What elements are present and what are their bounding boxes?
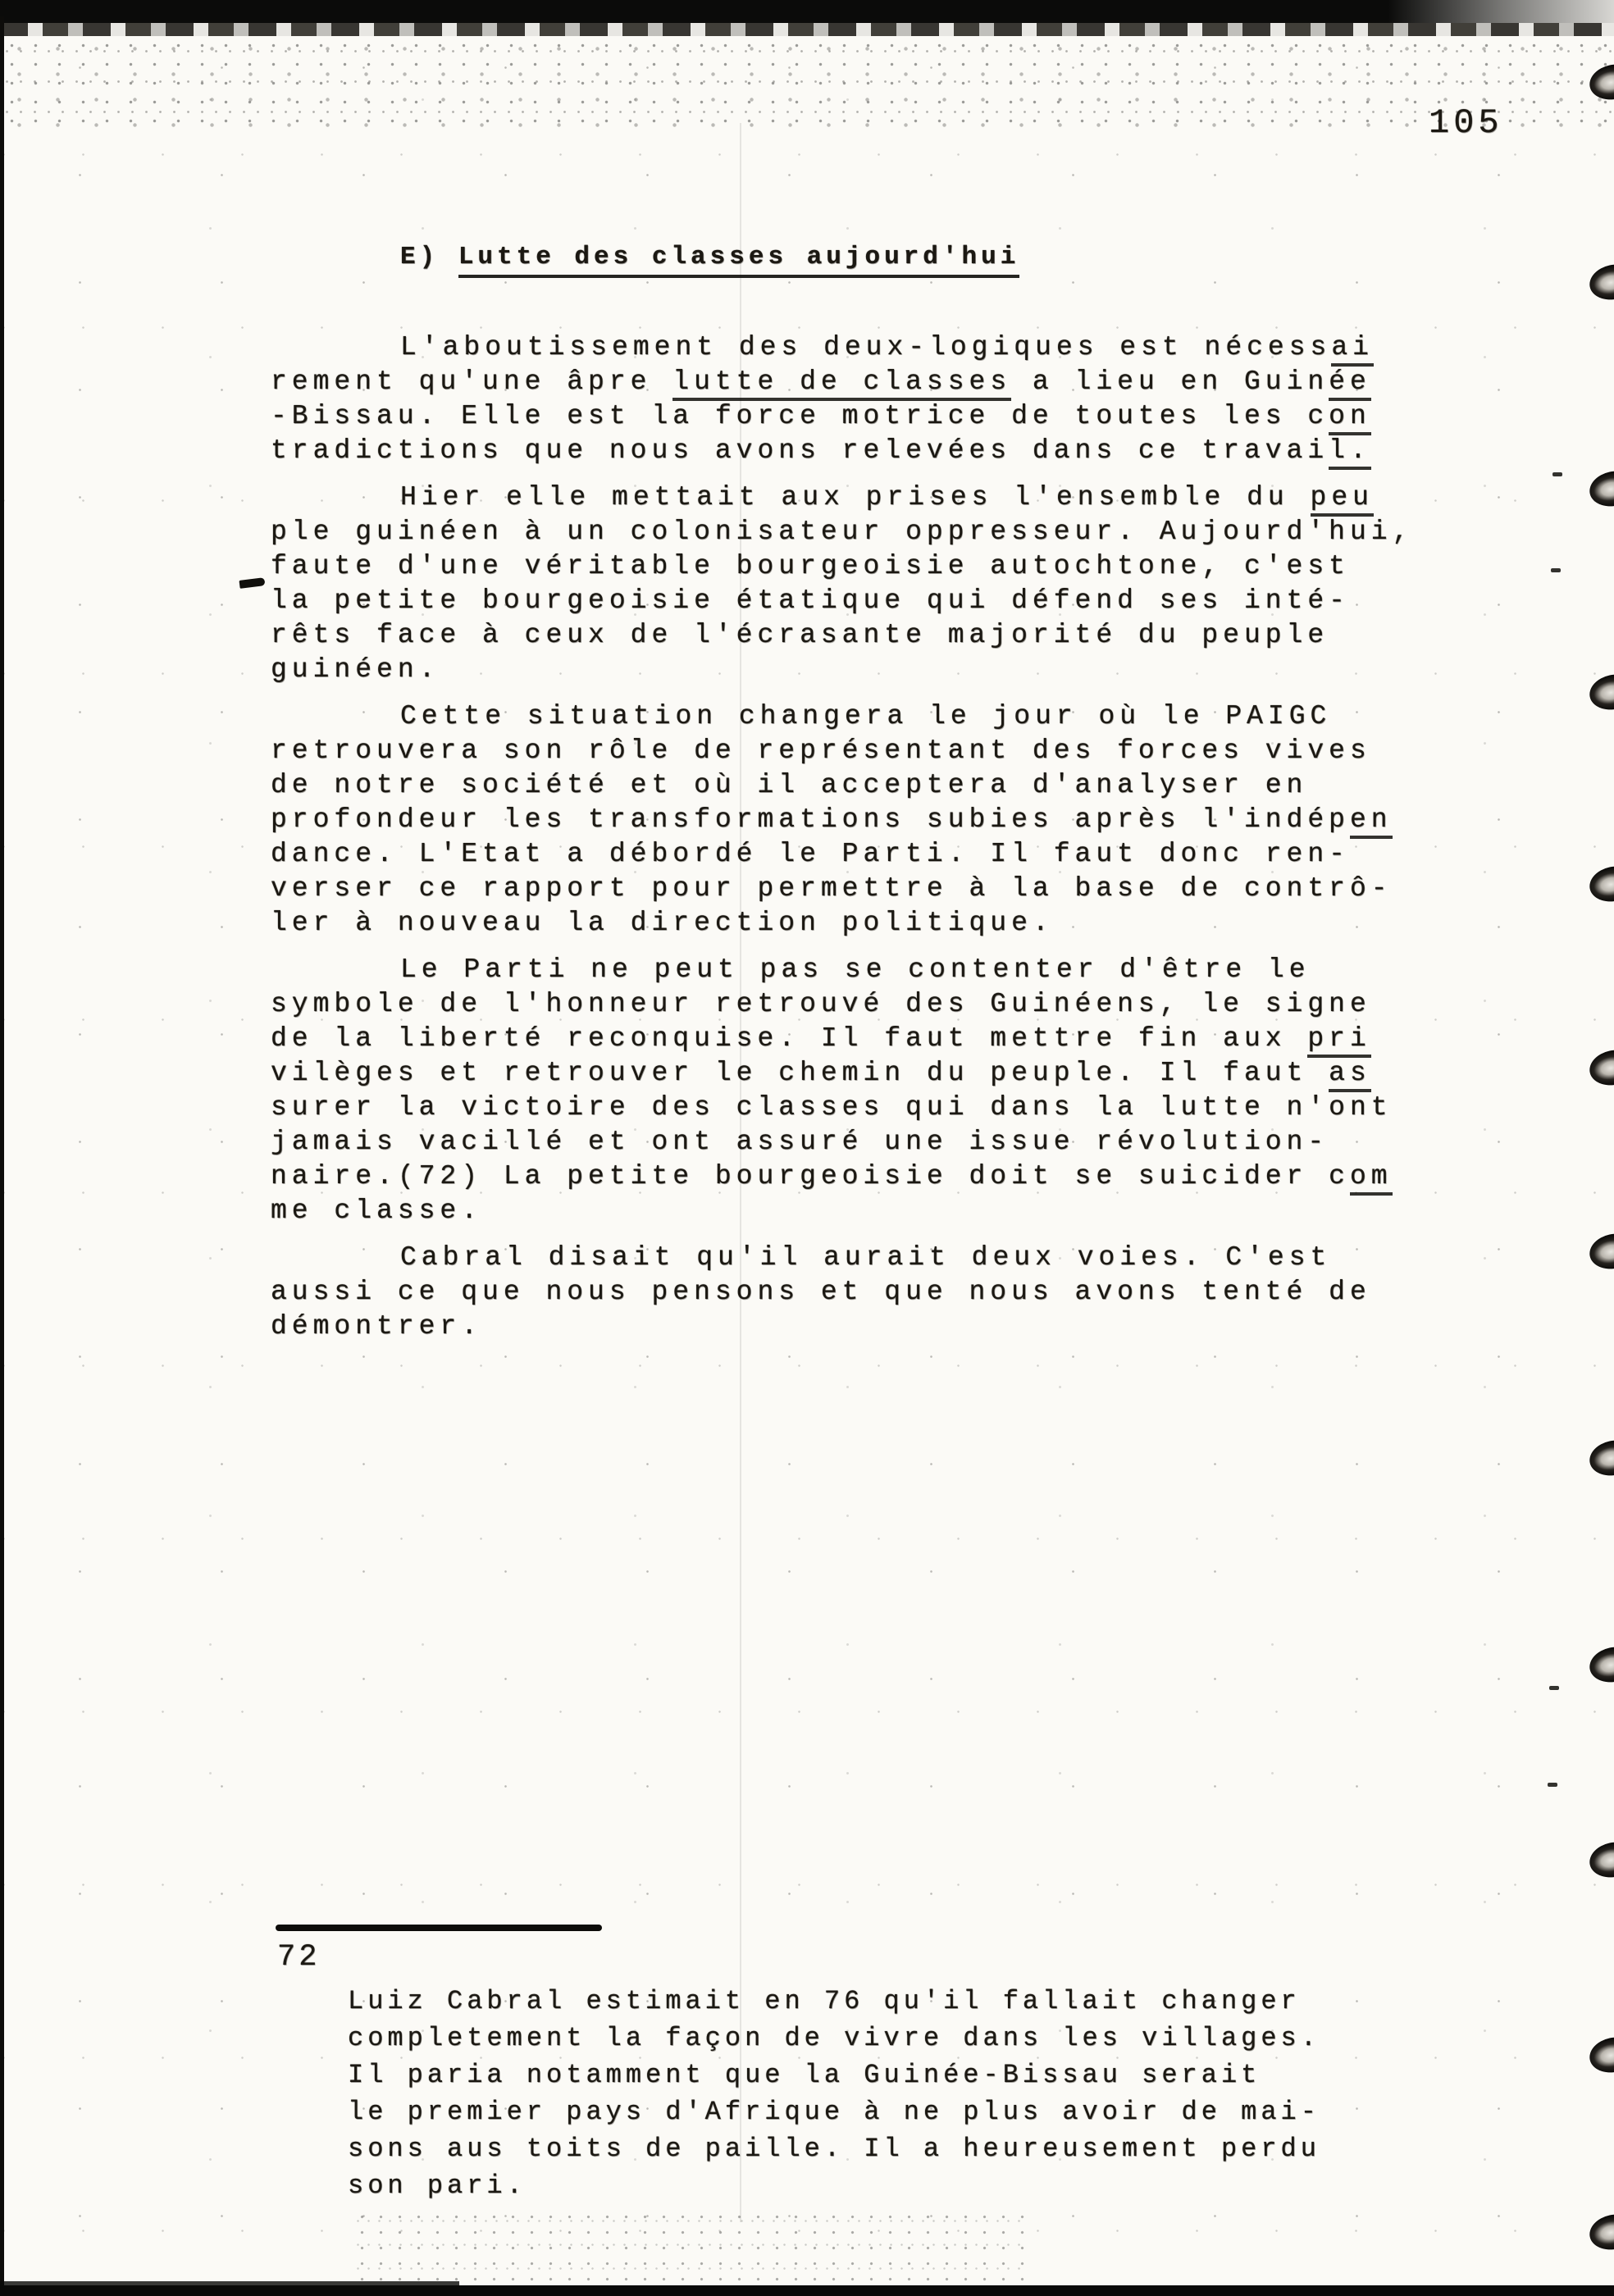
text-line: symbole de l'honneur retrouvé des Guinée… [271, 987, 1468, 1022]
body-text: L'aboutissement des deux-logiques est né… [271, 330, 1468, 1356]
underlined-text: lutte de classes [672, 367, 1011, 401]
text-segment: ple guinéen à un colonisateur oppresseur… [271, 517, 1413, 547]
text-segment: surer la victoire des classes qui dans l… [271, 1092, 1393, 1123]
text-segment: retrouvera son rôle de représentant des … [271, 736, 1371, 766]
underlined-text: en [1350, 804, 1393, 839]
text-segment: dance. L'Etat a débordé le Parti. Il fau… [271, 839, 1350, 869]
footnote-line: son pari. [348, 2167, 1447, 2204]
text-segment: Cette situation changera le jour où le P… [400, 701, 1331, 731]
underlined-text: ai [1331, 332, 1374, 367]
bottom-noise [353, 2209, 1025, 2285]
scan-edge-top [0, 0, 1614, 23]
punch-hole-mark [1586, 1229, 1614, 1273]
text-line: retrouvera son rôle de représentant des … [271, 734, 1468, 768]
text-line: dance. L'Etat a débordé le Parti. Il fau… [271, 837, 1468, 872]
punch-hole-mark [1586, 1838, 1614, 1881]
paragraph: Cabral disait qu'il aurait deux voies. C… [271, 1241, 1468, 1344]
text-segment: tradictions que nous avons relevées dans… [271, 435, 1329, 466]
text-segment: démontrer. [271, 1311, 482, 1342]
punch-hole-mark [1586, 467, 1614, 510]
text-line: la petite bourgeoisie étatique qui défen… [271, 584, 1468, 618]
footnote-line: Il paria notamment que la Guinée-Bissau … [348, 2057, 1447, 2093]
text-segment: Cabral disait qu'il aurait deux voies. C… [400, 1242, 1331, 1273]
punch-hole-mark [1586, 1045, 1614, 1089]
margin-pen-mark [239, 577, 266, 589]
text-segment: ler à nouveau la direction politique. [271, 908, 1054, 938]
text-segment: naire.(72) La petite bourgeoisie doit se… [271, 1161, 1350, 1191]
text-segment: -Bissau. Elle est la force motrice de to… [271, 401, 1329, 431]
text-line: de notre société et où il acceptera d'an… [271, 768, 1468, 803]
heading-title: Lutte des classes aujourd'hui [458, 243, 1020, 278]
text-segment: a lieu en Guin [1011, 367, 1329, 397]
underlined-text: on [1329, 401, 1371, 435]
text-segment: vilèges et retrouver le chemin du peuple… [271, 1058, 1329, 1088]
punch-hole-mark [1586, 60, 1614, 103]
text-segment: rement qu'une âpre [271, 367, 672, 397]
footnote-line: completement la façon de vivre dans les … [348, 2020, 1447, 2057]
text-segment: symbole de l'honneur retrouvé des Guinée… [271, 989, 1371, 1019]
text-segment: profondeur les transformations subies ap… [271, 804, 1350, 835]
text-line: démontrer. [271, 1310, 1468, 1344]
text-line: jamais vacillé et ont assuré une issue r… [271, 1125, 1468, 1159]
underlined-text: ée [1329, 367, 1371, 401]
text-segment: L'aboutissement des deux-logiques est né… [400, 332, 1331, 362]
underlined-text: peu [1311, 482, 1374, 517]
punch-hole-mark [1586, 862, 1614, 905]
text-line: -Bissau. Elle est la force motrice de to… [271, 399, 1468, 434]
text-line: profondeur les transformations subies ap… [271, 803, 1468, 837]
heading-prefix: E) [400, 243, 458, 271]
underlined-text: as [1329, 1058, 1371, 1092]
paragraph: Le Parti ne peut pas se contenter d'être… [271, 953, 1468, 1228]
punch-hole-mark [1586, 670, 1614, 713]
text-line: Le Parti ne peut pas se contenter d'être… [271, 953, 1468, 987]
punch-hole-mark [1586, 1642, 1614, 1686]
margin-speck [1551, 568, 1561, 572]
underlined-text: l. [1329, 435, 1371, 470]
text-segment: me classe. [271, 1196, 482, 1226]
text-line: rement qu'une âpre lutte de classes a li… [271, 365, 1468, 399]
text-line: Cette situation changera le jour où le P… [271, 699, 1468, 734]
text-line: Hier elle mettait aux prises l'ensemble … [271, 481, 1468, 515]
text-line: me classe. [271, 1194, 1468, 1228]
footnote-line: sons aus toits de paille. Il a heureusem… [348, 2130, 1447, 2167]
text-segment: la petite bourgeoisie étatique qui défen… [271, 585, 1350, 616]
text-segment: rêts face à ceux de l'écrasante majorité… [271, 620, 1329, 650]
punch-hole-mark [1586, 2210, 1614, 2253]
margin-speck [1548, 1783, 1557, 1787]
underlined-text: om [1350, 1161, 1393, 1196]
text-line: Cabral disait qu'il aurait deux voies. C… [271, 1241, 1468, 1275]
footnote-text: Luiz Cabral estimait en 76 qu'il fallait… [348, 1983, 1447, 2204]
margin-speck [1549, 1686, 1559, 1690]
footnote-number: 72 [277, 1940, 320, 1975]
bottom-scan-step [0, 2281, 459, 2285]
footnote-line: le premier pays d'Afrique à ne plus avoi… [348, 2093, 1447, 2130]
footnote-line: Luiz Cabral estimait en 76 qu'il fallait… [348, 1983, 1447, 2020]
scan-edge-top-ragged [0, 23, 1614, 36]
text-segment: jamais vacillé et ont assuré une issue r… [271, 1127, 1329, 1157]
text-line: rêts face à ceux de l'écrasante majorité… [271, 618, 1468, 653]
text-line: tradictions que nous avons relevées dans… [271, 434, 1468, 468]
text-line: de la liberté reconquise. Il faut mettre… [271, 1022, 1468, 1056]
footnote-separator [276, 1925, 602, 1931]
text-line: guinéen. [271, 653, 1468, 687]
punch-hole-mark [1586, 1436, 1614, 1479]
punch-hole-mark [1586, 2033, 1614, 2076]
left-scan-edge [0, 16, 4, 2296]
text-line: surer la victoire des classes qui dans l… [271, 1091, 1468, 1125]
text-segment: de notre société et où il acceptera d'an… [271, 770, 1307, 800]
text-line: vilèges et retrouver le chemin du peuple… [271, 1056, 1468, 1091]
text-segment: faute d'une véritable bourgeoisie autoch… [271, 551, 1350, 581]
paragraph: L'aboutissement des deux-logiques est né… [271, 330, 1468, 468]
section-heading: E) Lutte des classes aujourd'hui [400, 243, 1019, 271]
paragraph: Cette situation changera le jour où le P… [271, 699, 1468, 941]
text-segment: verser ce rapport pour permettre à la ba… [271, 873, 1393, 904]
paragraph: Hier elle mettait aux prises l'ensemble … [271, 481, 1468, 687]
text-segment: guinéen. [271, 654, 440, 685]
punch-hole-mark [1586, 260, 1614, 303]
text-line: ler à nouveau la direction politique. [271, 906, 1468, 941]
text-line: verser ce rapport pour permettre à la ba… [271, 872, 1468, 906]
underlined-text: pri [1307, 1023, 1370, 1058]
text-segment: aussi ce que nous pensons et que nous av… [271, 1277, 1371, 1307]
text-line: faute d'une véritable bourgeoisie autoch… [271, 549, 1468, 584]
page-number: 105 [1429, 103, 1503, 143]
bottom-scan-edge [0, 2285, 1614, 2296]
text-line: naire.(72) La petite bourgeoisie doit se… [271, 1159, 1468, 1194]
margin-speck [1552, 472, 1562, 476]
text-segment: de la liberté reconquise. Il faut mettre… [271, 1023, 1307, 1054]
top-noise-band [0, 36, 1614, 133]
text-line: L'aboutissement des deux-logiques est né… [271, 330, 1468, 365]
text-line: ple guinéen à un colonisateur oppresseur… [271, 515, 1468, 549]
text-line: aussi ce que nous pensons et que nous av… [271, 1275, 1468, 1310]
text-segment: Hier elle mettait aux prises l'ensemble … [400, 482, 1311, 512]
text-segment: Le Parti ne peut pas se contenter d'être… [400, 954, 1311, 985]
